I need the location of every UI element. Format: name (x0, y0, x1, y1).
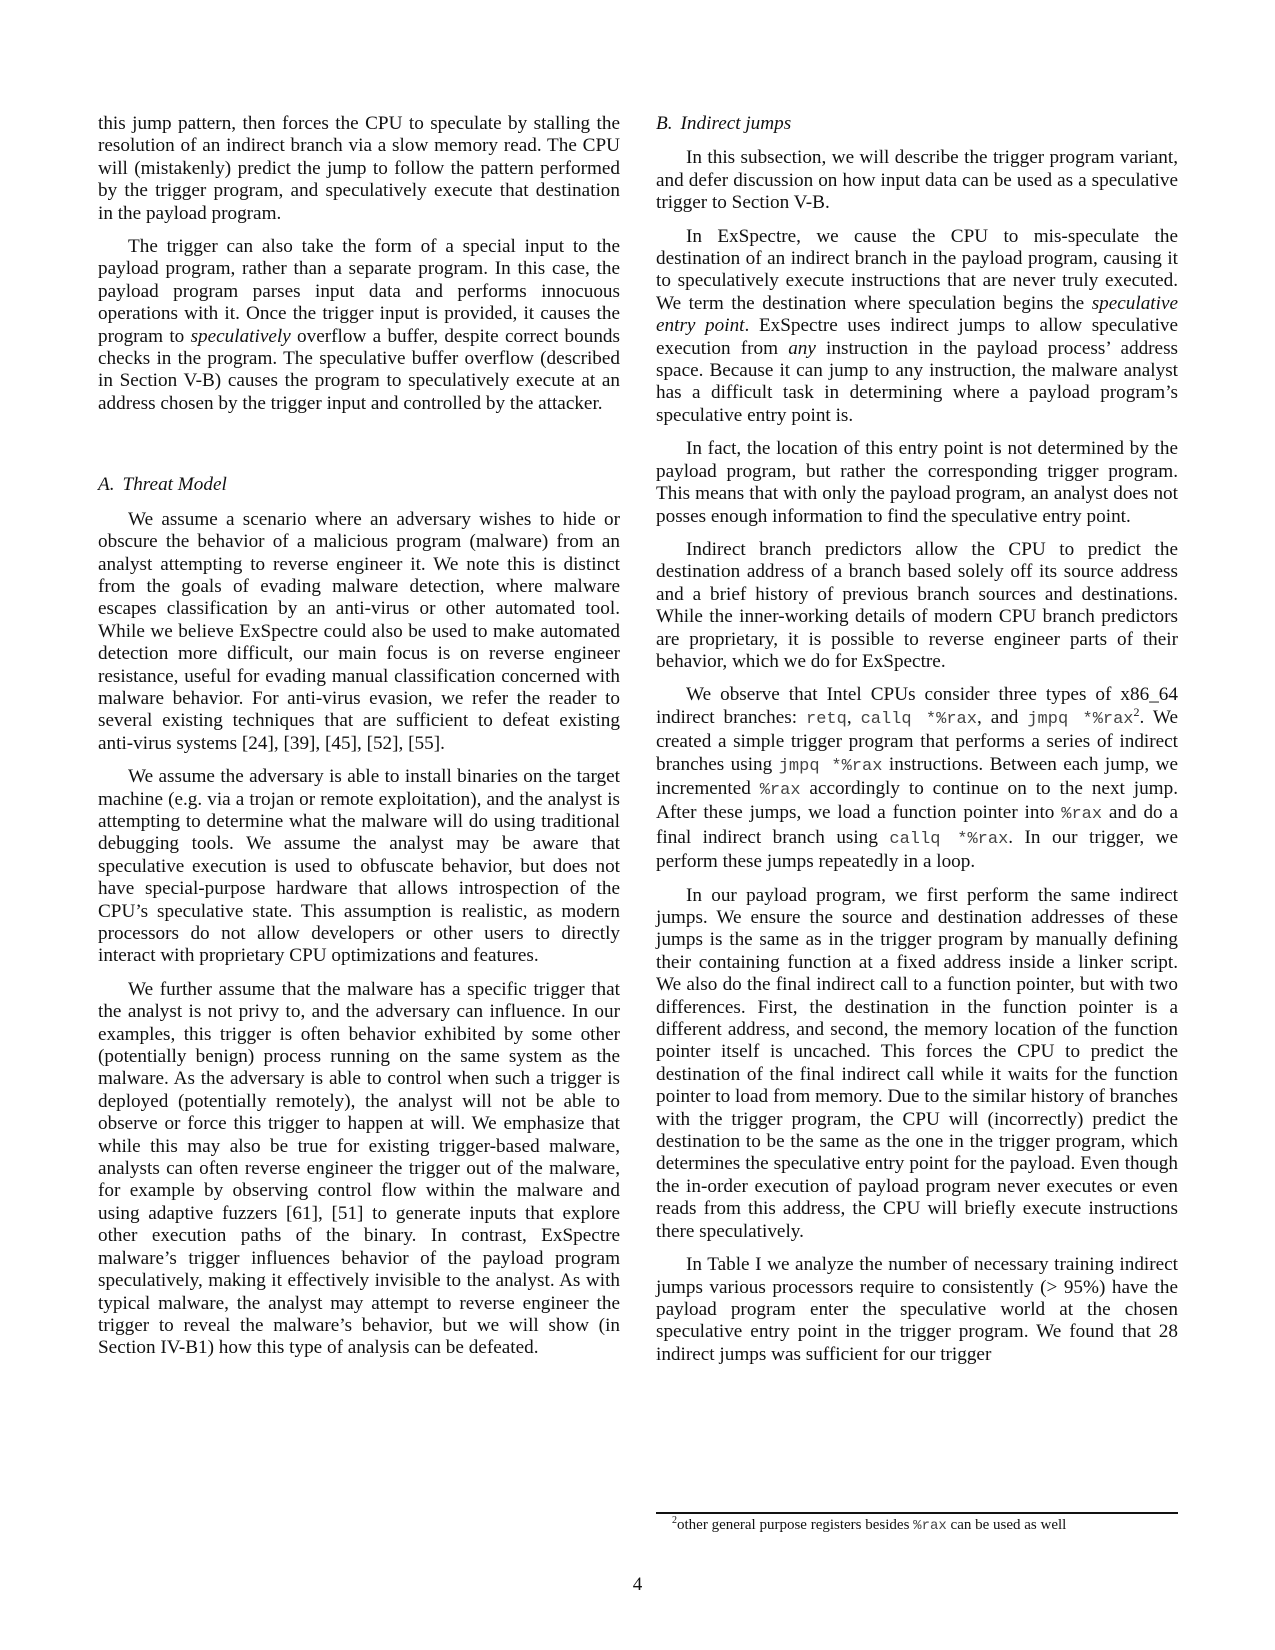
text: , (847, 707, 861, 728)
right-column: B.Indirect jumps In this subsection, we … (656, 113, 1178, 1377)
paragraph-continuation: this jump pattern, then forces the CPU t… (98, 113, 620, 225)
footnote: 2other general purpose registers besides… (672, 1516, 1178, 1535)
emphasis-text: speculatively (191, 326, 291, 347)
emphasis-text: any (788, 338, 816, 359)
paragraph-trigger-assumption: We further assume that the malware has a… (98, 979, 620, 1360)
code-inline: jmpq *%rax (1027, 710, 1133, 729)
code-inline: callq *%rax (889, 830, 1008, 849)
code-inline: retq (806, 710, 847, 729)
paragraph-payload-program: In our payload program, we first perform… (656, 885, 1178, 1244)
code-inline: %rax (1061, 805, 1102, 824)
section-number: B. (656, 113, 673, 134)
text: can be used as well (947, 1517, 1067, 1533)
footnote-divider (656, 1512, 1178, 1514)
text: other general purpose registers besides (677, 1517, 913, 1533)
paragraph-mis-speculate: In ExSpectre, we cause the CPU to mis-sp… (656, 226, 1178, 428)
section-heading-indirect-jumps: B.Indirect jumps (656, 113, 1178, 135)
paragraph-subsection-intro: In this subsection, we will describe the… (656, 147, 1178, 214)
text: , and (977, 707, 1027, 728)
section-title: Indirect jumps (681, 113, 792, 134)
section-heading-threat-model: A.Threat Model (98, 474, 620, 496)
page-number: 4 (0, 1574, 1275, 1596)
paper-page: this jump pattern, then forces the CPU t… (0, 0, 1275, 1650)
code-inline: jmpq *%rax (779, 757, 883, 776)
left-column: this jump pattern, then forces the CPU t… (98, 113, 620, 1371)
code-inline: callq *%rax (861, 710, 977, 729)
paragraph-entry-point: In fact, the location of this entry poin… (656, 438, 1178, 528)
paragraph-branch-predictors: Indirect branch predictors allow the CPU… (656, 539, 1178, 673)
paragraph-adversary-capabilities: We assume the adversary is able to insta… (98, 766, 620, 968)
section-number: A. (98, 474, 115, 495)
paragraph-branch-types: We observe that Intel CPUs consider thre… (656, 684, 1178, 873)
section-title: Threat Model (123, 474, 227, 495)
paragraph-trigger-input: The trigger can also take the form of a … (98, 236, 620, 415)
code-inline: %rax (913, 1518, 947, 1534)
code-inline: %rax (760, 781, 801, 800)
paragraph-threat-scenario: We assume a scenario where an adversary … (98, 509, 620, 755)
paragraph-table-analysis: In Table I we analyze the number of nece… (656, 1254, 1178, 1366)
